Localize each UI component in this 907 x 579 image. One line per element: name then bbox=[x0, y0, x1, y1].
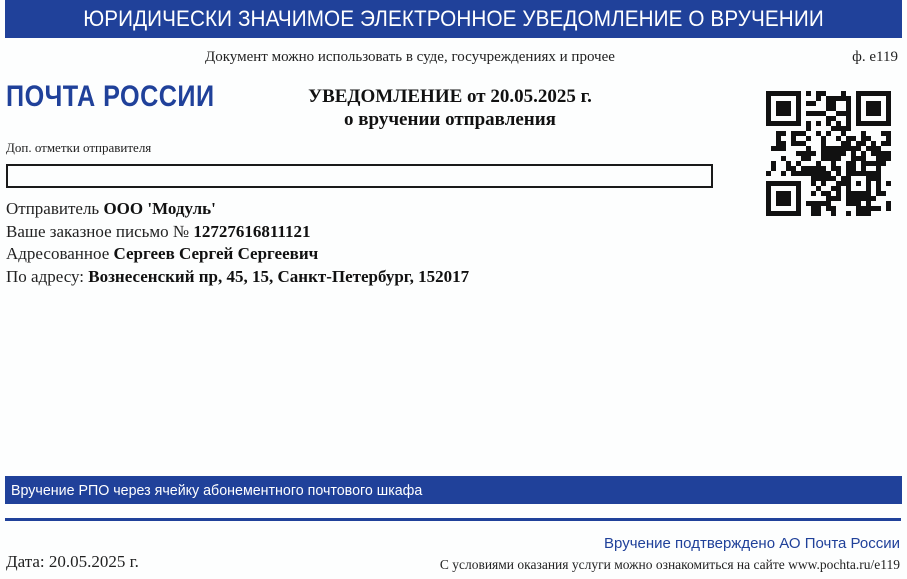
address-label: По адресу: bbox=[6, 267, 84, 286]
sender-row: Отправитель ООО 'Модуль' bbox=[6, 198, 469, 221]
addressee-value: Сергеев Сергей Сергеевич bbox=[114, 244, 319, 263]
tracking-number: 12727616811121 bbox=[193, 222, 310, 241]
qr-code-icon bbox=[766, 91, 891, 216]
pochta-rossii-logo: ПОЧТА РОССИИ bbox=[6, 80, 215, 114]
sender-value: ООО 'Модуль' bbox=[103, 199, 215, 218]
notice-title: УВЕДОМЛЕНИЕ от 20.05.2025 г. о вручении … bbox=[270, 85, 630, 131]
address-value: Вознесенский пр, 45, 15, Санкт-Петербург… bbox=[88, 267, 469, 286]
notice-title-line1: УВЕДОМЛЕНИЕ от 20.05.2025 г. bbox=[270, 85, 630, 108]
address-row: По адресу: Вознесенский пр, 45, 15, Санк… bbox=[6, 266, 469, 289]
addressee-label: Адресованное bbox=[6, 244, 109, 263]
sender-notes-field bbox=[6, 164, 713, 188]
shipment-info: Отправитель ООО 'Модуль' Ваше заказное п… bbox=[6, 198, 469, 288]
letter-row: Ваше заказное письмо № 12727616811121 bbox=[6, 221, 469, 244]
service-terms-note: С условиями оказания услуги можно ознако… bbox=[440, 557, 900, 573]
notice-title-line2: о вручении отправления bbox=[270, 108, 630, 131]
banner-text: ЮРИДИЧЕСКИ ЗНАЧИМОЕ ЭЛЕКТРОННОЕ УВЕДОМЛЕ… bbox=[83, 6, 824, 32]
sender-notes-label: Доп. отметки отправителя bbox=[6, 140, 151, 156]
footer-divider bbox=[5, 518, 901, 521]
delivery-method: Вручение РПО через ячейку абонементного … bbox=[11, 482, 422, 499]
letter-label: Ваше заказное письмо № bbox=[6, 222, 189, 241]
delivery-confirmation: Вручение подтверждено АО Почта России bbox=[604, 535, 900, 552]
delivery-method-bar: Вручение РПО через ячейку абонементного … bbox=[5, 476, 902, 504]
notice-date: Дата: 20.05.2025 г. bbox=[6, 552, 139, 572]
form-code: ф. е119 bbox=[852, 49, 898, 66]
sender-label: Отправитель bbox=[6, 199, 99, 218]
document-banner: ЮРИДИЧЕСКИ ЗНАЧИМОЕ ЭЛЕКТРОННОЕ УВЕДОМЛЕ… bbox=[5, 0, 902, 38]
document-usage-note: Документ можно использовать в суде, госу… bbox=[205, 49, 615, 66]
addressee-row: Адресованное Сергеев Сергей Сергеевич bbox=[6, 243, 469, 266]
